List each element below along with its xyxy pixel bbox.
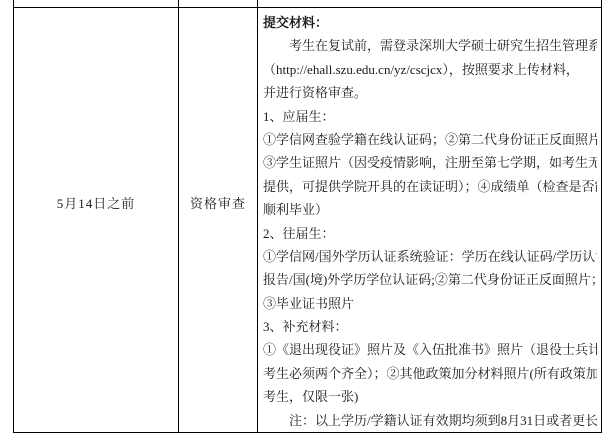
cell-review-type: 资格审查	[179, 8, 258, 432]
review-type-text: 资格审查	[190, 193, 246, 212]
materials-line: ①学信网查验学籍在线认证码；②第二代身份证正反面照片；	[263, 128, 597, 151]
cell-materials: 提交材料： 考生在复试前，需登录深圳大学硕士研究生招生管理系统 （http://…	[258, 8, 601, 432]
materials-line: 2、往届生：	[263, 222, 597, 245]
materials-line: ③毕业证书照片	[263, 292, 597, 315]
cell-date: 5月14日之前	[14, 8, 179, 432]
table-row: 5月14日之前 资格审查 提交材料： 考生在复试前，需登录深圳大学硕士研究生招生…	[13, 7, 602, 433]
materials-line: ③学生证照片（因受疫情影响，注册至第七学期，如考生无法	[263, 151, 597, 174]
materials-line: 考生必须两个齐全）；②其他政策加分材料照片(所有政策加分	[263, 362, 597, 385]
materials-title: 提交材料：	[263, 11, 597, 34]
materials-line: 顺利毕业）	[263, 198, 597, 221]
materials-line: 注：以上学历/学籍认证有效期均须到8月31日或者更长。	[263, 409, 597, 432]
date-text: 5月14日之前	[57, 193, 136, 212]
materials-line: （http://ehall.szu.edu.cn/yz/cscjcx），按照要求…	[263, 58, 597, 81]
materials-line: ①《退出现役证》照片及《入伍批准书》照片（退役士兵计划	[263, 338, 597, 361]
materials-line: 提供，可提供学院开具的在读证明）；④成绩单（检查是否能	[263, 175, 597, 198]
materials-line: 1、应届生：	[263, 105, 597, 128]
materials-line: 3、补充材料：	[263, 315, 597, 338]
materials-line: 报告/国(境)外学历学位认证码;②第二代身份证正反面照片；	[263, 268, 597, 291]
materials-line: 考生在复试前，需登录深圳大学硕士研究生招生管理系统	[263, 34, 597, 57]
materials-line: ①学信网/国外学历认证系统验证：学历在线认证码/学历认证	[263, 245, 597, 268]
materials-line: 并进行资格审查。	[263, 81, 597, 104]
document-page: 5月14日之前 资格审查 提交材料： 考生在复试前，需登录深圳大学硕士研究生招生…	[0, 0, 612, 443]
materials-line: 考生，仅限一张)	[263, 385, 597, 408]
